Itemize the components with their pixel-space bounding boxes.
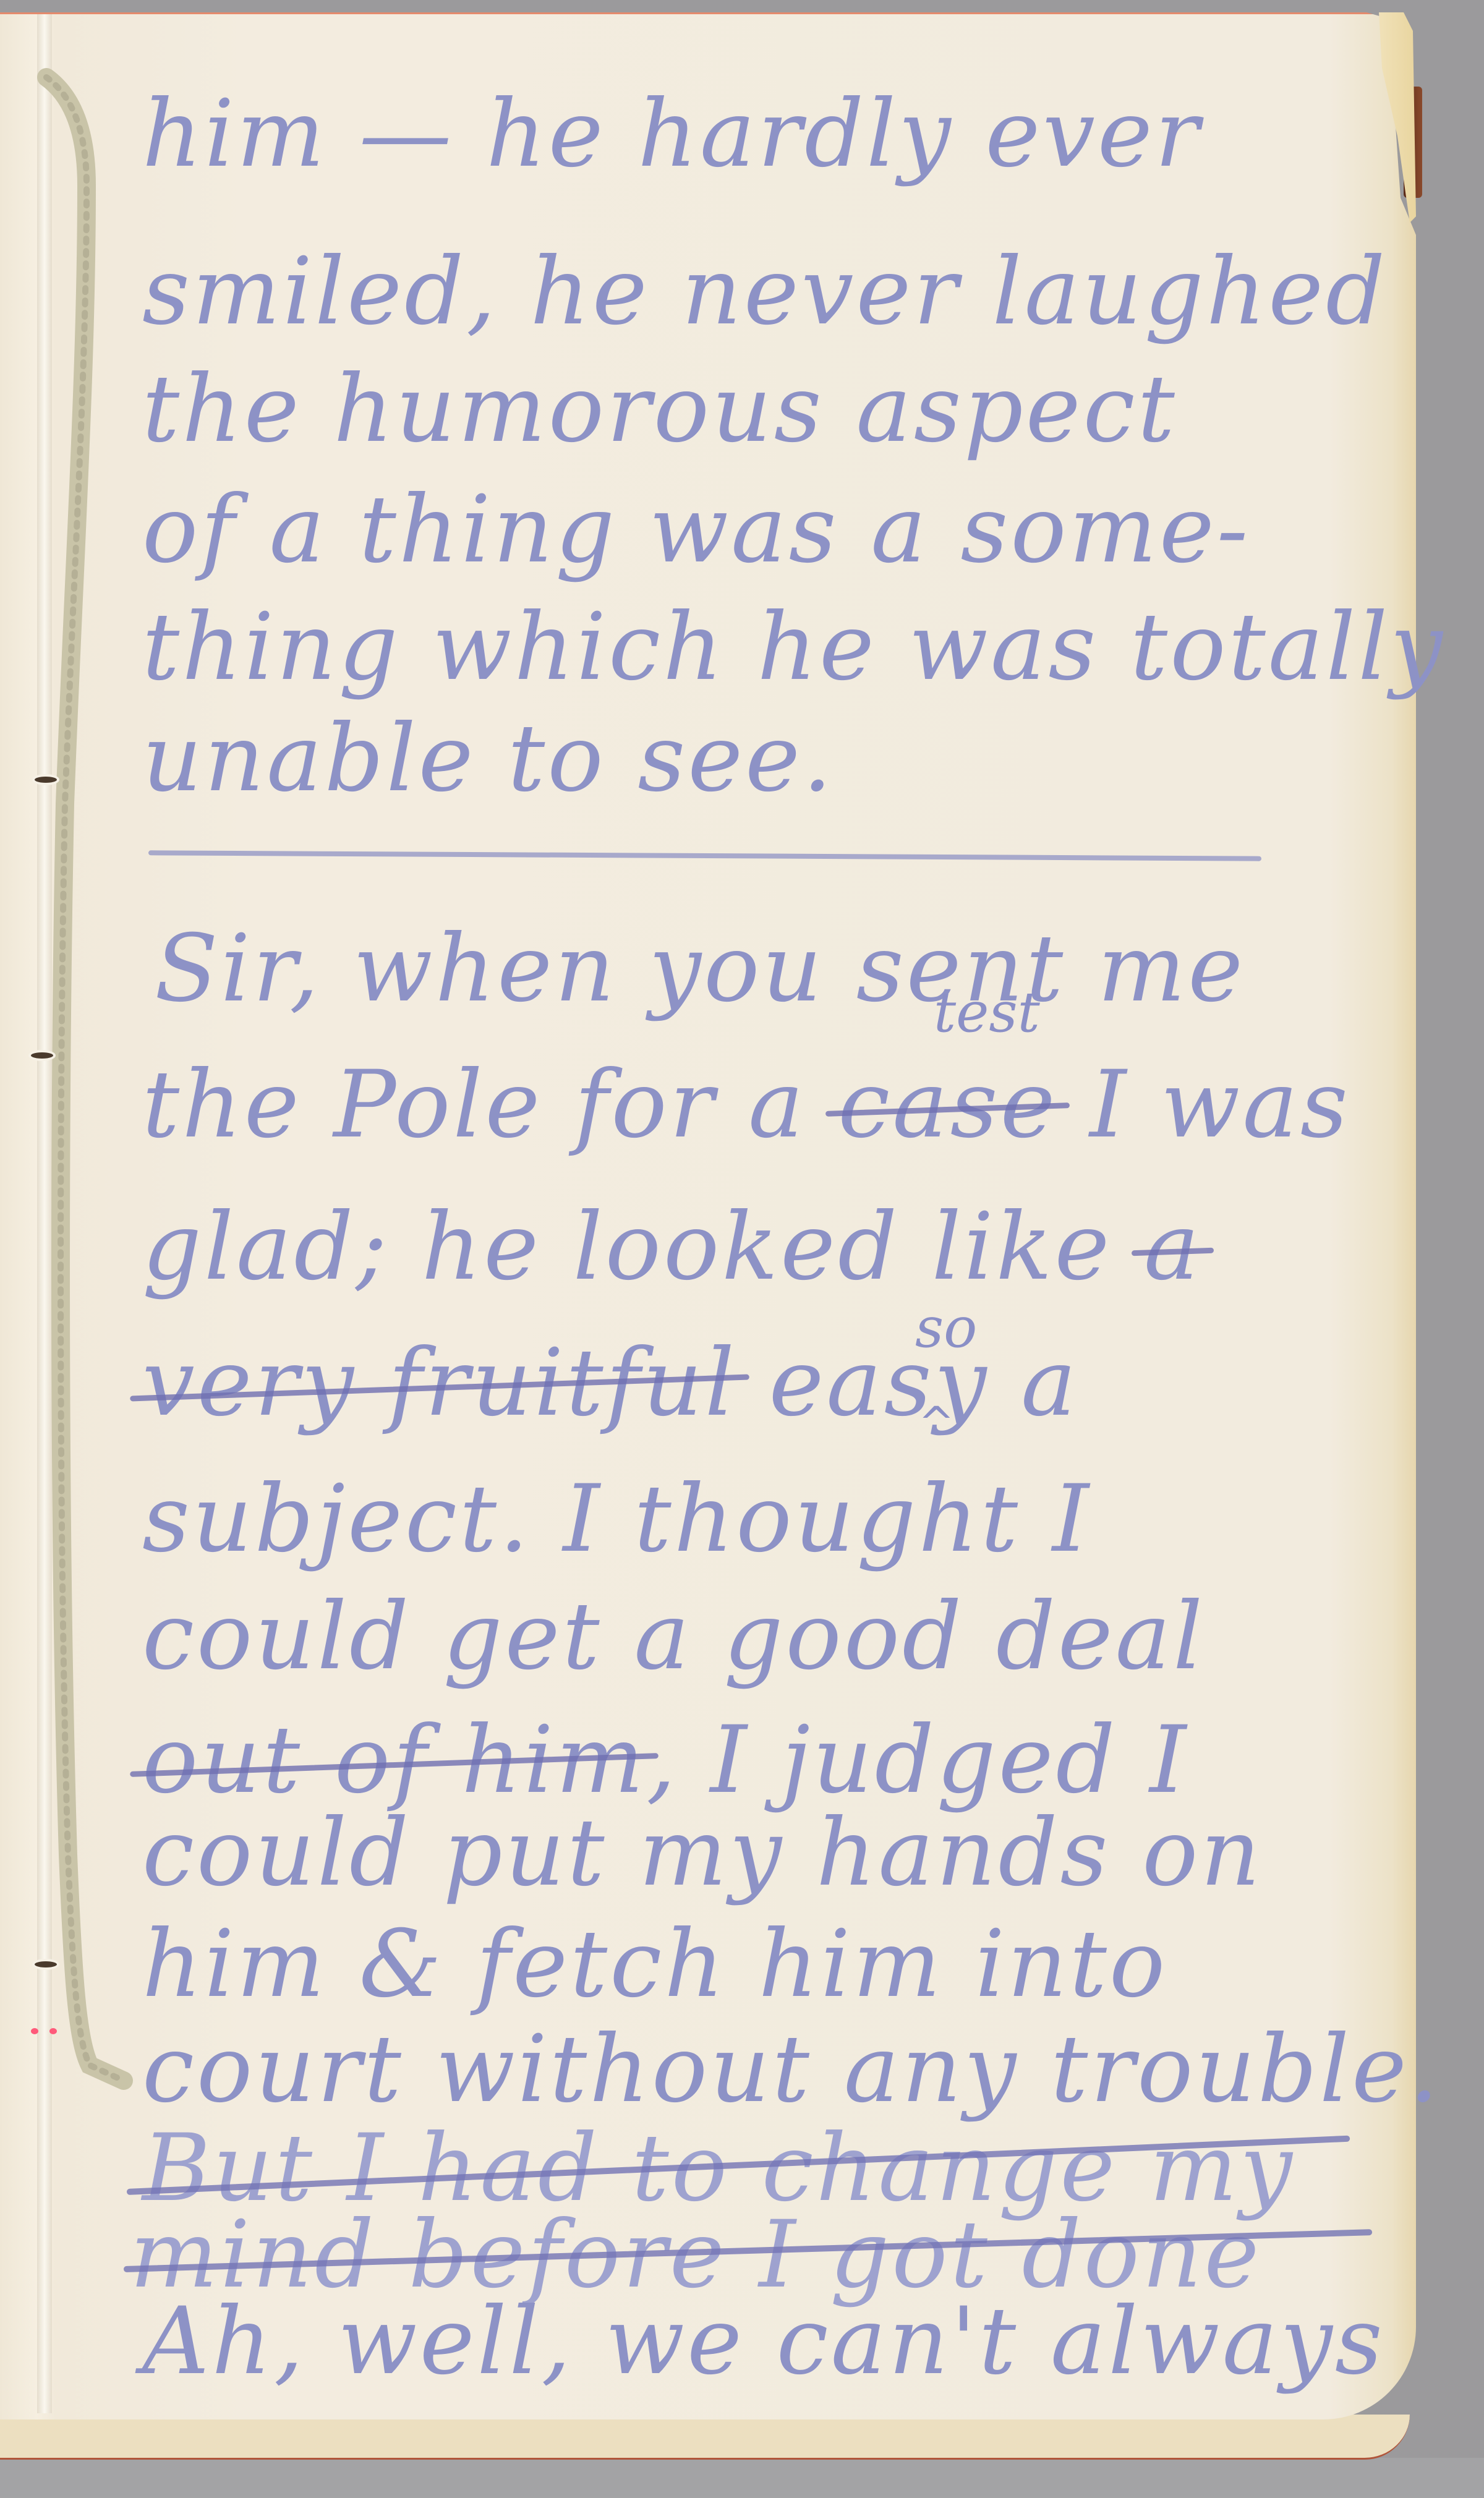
scan-background — [0, 2458, 1484, 2498]
handwritten-line-with-correction: glad; he looked like a — [142, 1193, 1201, 1301]
line-text: the Pole for a — [142, 1051, 838, 1159]
handwritten-line: court without any trouble. — [142, 2016, 1441, 2123]
struck-words: out of him — [142, 1707, 646, 1814]
handwritten-line-with-correction: out of him, I judged I — [142, 1707, 1188, 1814]
struck-word: case — [838, 1051, 1057, 1159]
handwritten-line: of a thing was a some- — [142, 476, 1250, 584]
red-margin-mark — [31, 2028, 38, 2034]
handwritten-line-with-correction: the Pole for a case I was — [142, 1051, 1350, 1159]
inserted-word: so — [915, 1295, 977, 1360]
inserted-word: test — [934, 980, 1040, 1045]
handwritten-line: smiled, he never laughed — [142, 238, 1388, 346]
underlying-page-edge — [0, 2415, 1410, 2460]
handwritten-line: could put my hands on — [142, 1799, 1263, 1907]
handwritten-line: him — he hardly ever — [142, 80, 1201, 188]
line-text: glad; he looked like — [142, 1193, 1144, 1301]
binding-hole-1 — [35, 777, 57, 783]
insertion-caret-icon: ^ — [918, 1397, 955, 1448]
line-text: I was — [1057, 1051, 1350, 1159]
handwritten-line: him & fetch him into — [142, 1911, 1167, 2018]
handwritten-line: the humorous aspect — [142, 356, 1177, 463]
line-text: easy a — [737, 1329, 1079, 1437]
binding-hole-2 — [31, 1052, 53, 1059]
binding-hole-3 — [35, 1961, 57, 1967]
red-margin-mark — [49, 2028, 57, 2034]
handwritten-line: could get a good deal — [142, 1583, 1205, 1690]
struck-word: a — [1144, 1193, 1201, 1301]
handwritten-line: Sir, when you sent me — [155, 915, 1245, 1023]
handwritten-line: thing which he was totally — [142, 594, 1445, 701]
handwritten-line: subject. I thought I — [142, 1465, 1091, 1573]
struck-words: very fruitful — [142, 1329, 737, 1437]
handwritten-line: unable to see. — [142, 705, 835, 812]
line-text: , I judged I — [646, 1707, 1188, 1814]
handwritten-line: Ah, well, we can't always — [142, 2288, 1385, 2395]
page-gutter-fold — [37, 14, 52, 2413]
